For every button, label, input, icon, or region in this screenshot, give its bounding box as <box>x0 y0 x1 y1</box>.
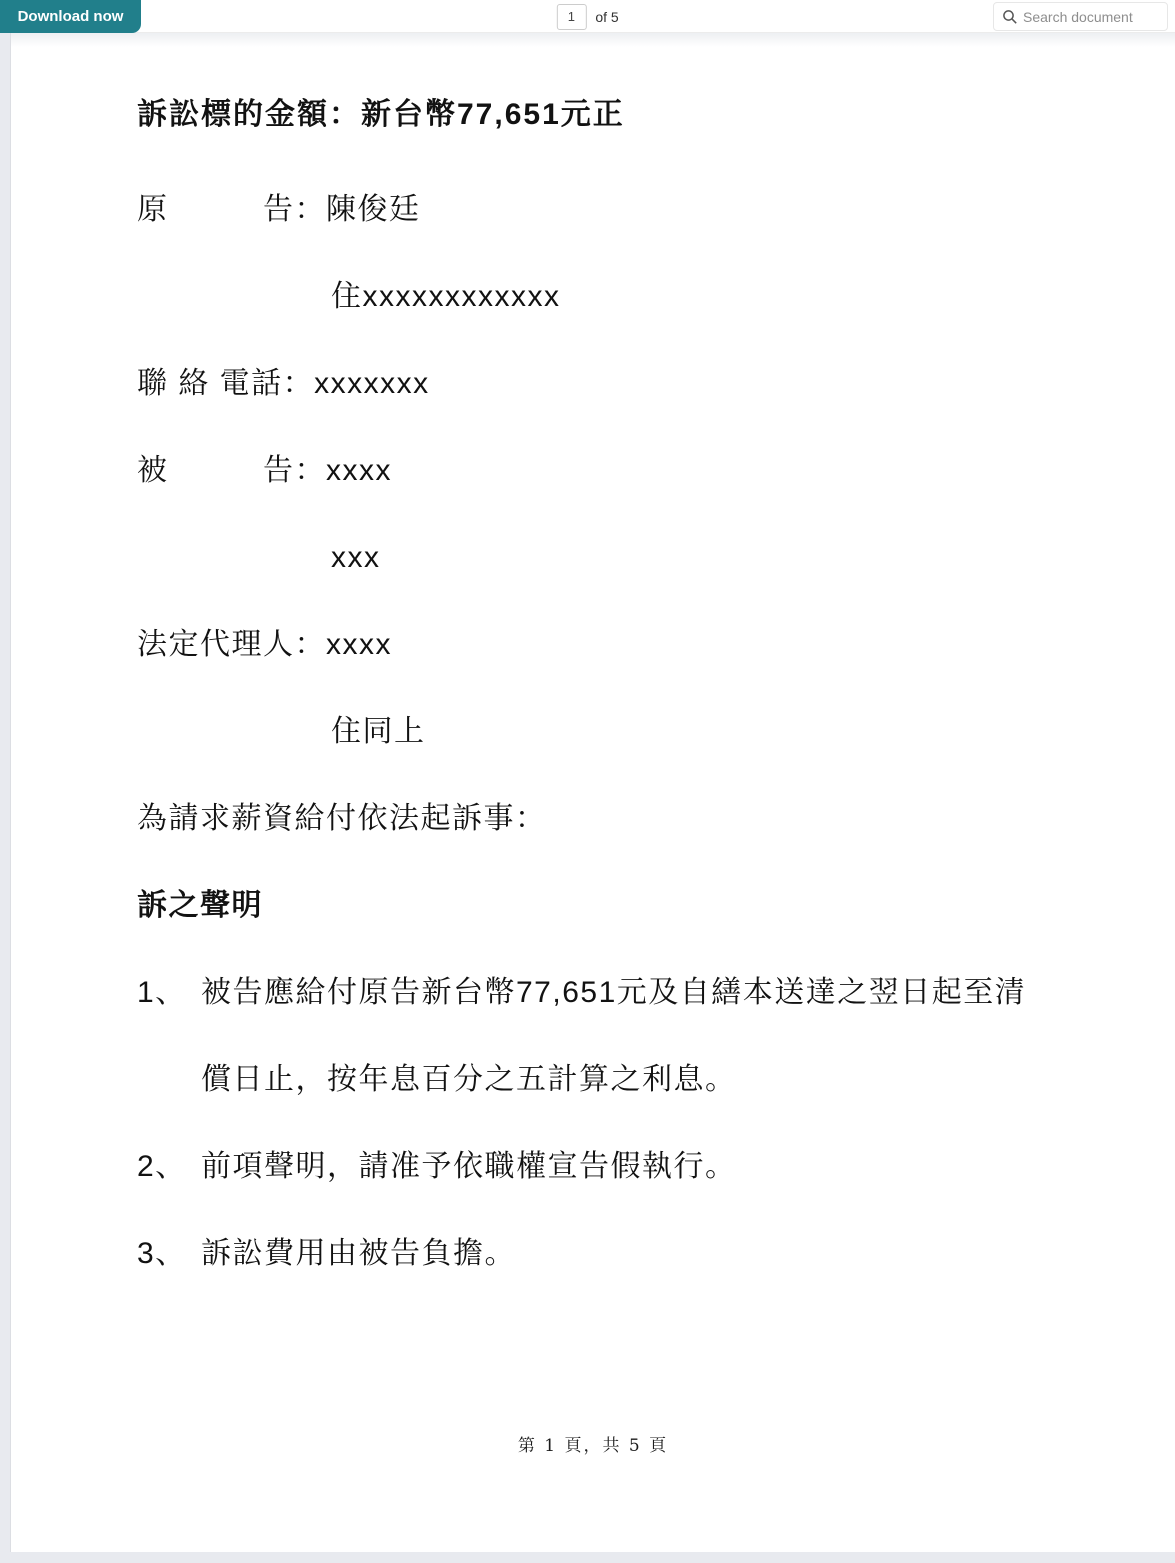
claim-item-2-number: 2、 <box>137 1147 201 1187</box>
search-icon <box>1002 9 1018 25</box>
document-title: 訴訟標的金額：新台幣77,651元正 <box>137 95 1135 135</box>
party-line-plaintiff: 原 告：陳俊廷 <box>137 190 1135 230</box>
defendant-address-line: xxx <box>137 538 1135 578</box>
claim-item-3-text: 訴訟費用由被告負擔。 <box>201 1237 516 1270</box>
page-total-label: of 5 <box>595 9 618 25</box>
page-number-input[interactable] <box>556 4 586 30</box>
claim-item-2-text: 前項聲明，請准予依職權宣告假執行。 <box>201 1150 737 1183</box>
claim-item-1-text: 被告應給付原告新台幣77,651元及自繕本送達之翌日起至清 <box>201 976 1026 1009</box>
search-input[interactable] <box>1023 9 1159 25</box>
download-now-button[interactable]: Download now <box>0 0 141 33</box>
party-line-defendant: 被 告：xxxx <box>137 451 1135 491</box>
representative-address-line: 住同上 <box>137 712 1135 752</box>
claim-item-1: 1、被告應給付原告新台幣77,651元及自繕本送達之翌日起至清 <box>137 973 1135 1013</box>
claim-item-3-number: 3、 <box>137 1234 201 1274</box>
legal-representative-line: 法定代理人：xxxx <box>137 625 1135 665</box>
contact-phone-line: 聯 絡 電話：xxxxxxx <box>137 364 1135 404</box>
toolbar: Download now of 5 <box>0 0 1175 33</box>
claim-item-2: 2、前項聲明，請准予依職權宣告假執行。 <box>137 1147 1135 1187</box>
cause-of-action-line: 為請求薪資給付依法起訴事： <box>137 799 1135 839</box>
document-content: 訴訟標的金額：新台幣77,651元正 原 告：陳俊廷 住xxxxxxxxxxxx… <box>11 33 1175 1321</box>
claim-item-1-number: 1、 <box>137 973 201 1013</box>
search-box[interactable] <box>993 2 1168 31</box>
claim-item-1-continuation: 償日止，按年息百分之五計算之利息。 <box>137 1060 1135 1100</box>
page-navigation: of 5 <box>556 0 618 33</box>
document-page: 訴訟標的金額：新台幣77,651元正 原 告：陳俊廷 住xxxxxxxxxxxx… <box>10 33 1175 1552</box>
claims-heading: 訴之聲明 <box>137 886 1135 926</box>
page-footer: 第 1 頁，共 5 頁 <box>11 1431 1175 1456</box>
plaintiff-address-line: 住xxxxxxxxxxxx <box>137 277 1135 317</box>
claim-item-3: 3、訴訟費用由被告負擔。 <box>137 1234 1135 1274</box>
document-viewer[interactable]: 訴訟標的金額：新台幣77,651元正 原 告：陳俊廷 住xxxxxxxxxxxx… <box>0 33 1175 1563</box>
